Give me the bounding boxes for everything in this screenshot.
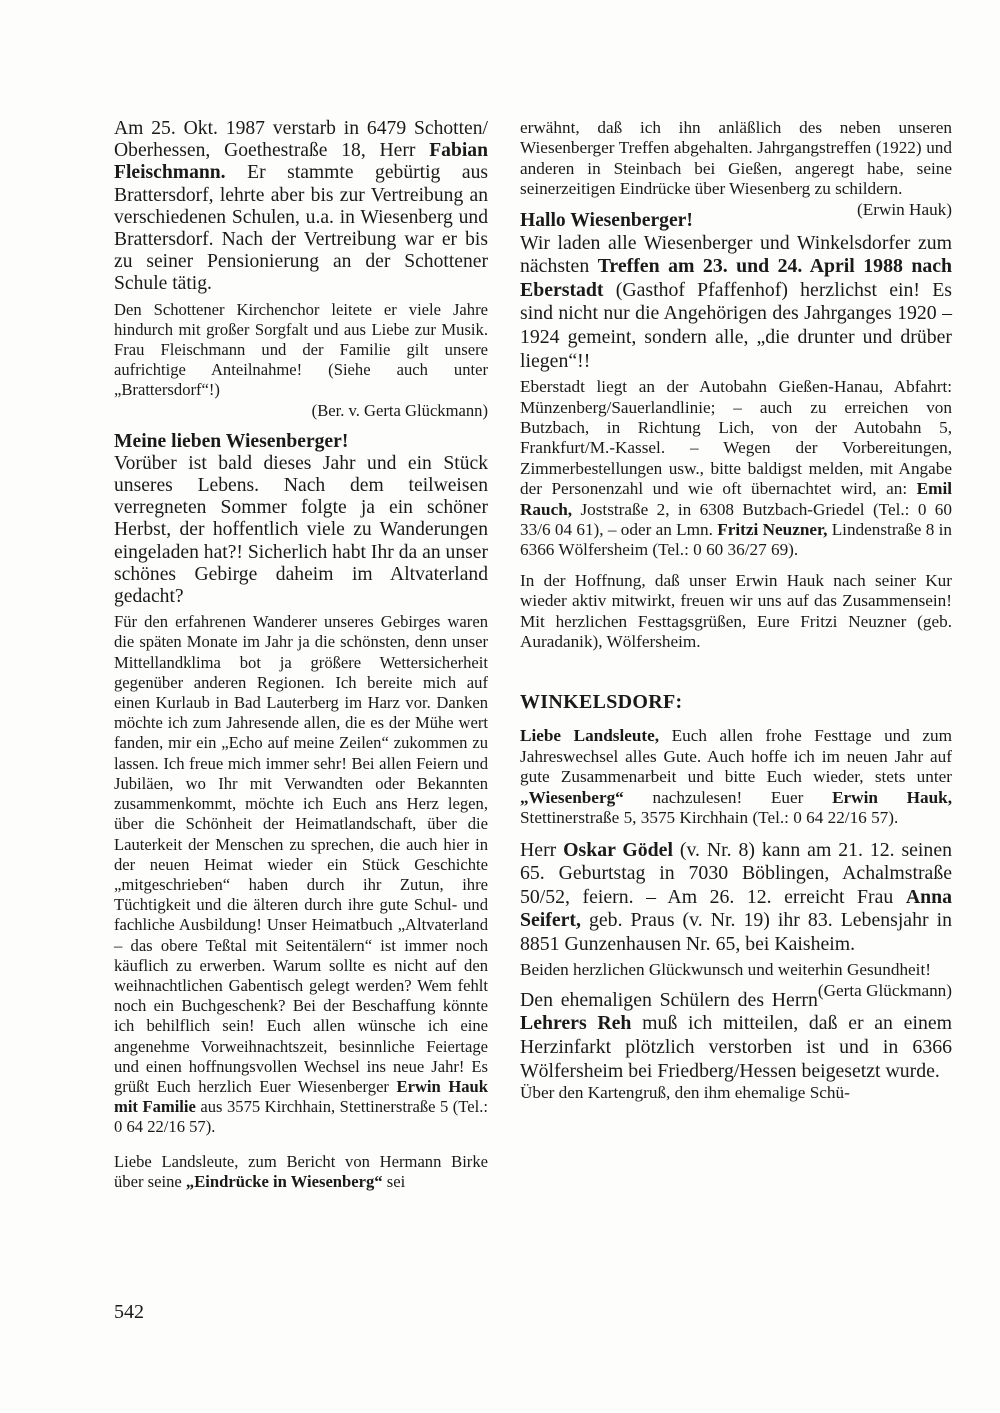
- obituary-fleischmann-signature: (Ber. v. Gerta Glückmann): [114, 401, 488, 421]
- obituary-fleischmann-main: Am 25. Okt. 1987 verstarb in 6479 Schott…: [114, 118, 488, 296]
- invitation-directions: Eberstadt liegt an der Autobahn Gießen-H…: [520, 377, 952, 561]
- text-run: Vorüber ist bald dieses Jahr und ein Stü…: [114, 453, 488, 607]
- letter-body: Für den erfahrenen Wanderer unseres Gebi…: [114, 612, 488, 1137]
- text-run: Über den Kartengruß, den ihm ehemalige S…: [520, 1083, 850, 1102]
- text-run: Eberstadt liegt an der Autobahn Gießen-H…: [520, 377, 952, 498]
- text-run: nachzulesen! Euer: [624, 788, 832, 807]
- wishes-signature: (Gerta Glückmann): [818, 981, 952, 1001]
- bold-text: Erwin Hauk,: [832, 788, 952, 807]
- right-column: erwähnt, daß ich ihn anläßlich des neben…: [520, 118, 952, 1104]
- section-title-winkelsdorf: WINKELSDORF:: [520, 690, 952, 714]
- bold-text: Lehrers Reh: [520, 1012, 631, 1034]
- bold-text: Fritzi Neuzner,: [717, 520, 827, 539]
- report-birke-continued-text: erwähnt, daß ich ihn anläßlich des neben…: [520, 118, 952, 198]
- left-column: Am 25. Okt. 1987 verstarb in 6479 Schott…: [114, 118, 488, 1192]
- winkelsdorf-birthdays: Herr Oskar Gödel (v. Nr. 8) kann am 21. …: [520, 839, 952, 957]
- page-number: 542: [114, 1300, 144, 1324]
- report-birke-signature: (Erwin Hauk): [857, 200, 952, 220]
- bold-text: „Wiesenberg“: [520, 788, 624, 807]
- document-page: Am 25. Okt. 1987 verstarb in 6479 Schott…: [0, 0, 1000, 1413]
- letter-intro: Vorüber ist bald dieses Jahr und ein Stü…: [114, 453, 488, 608]
- text-run: Den ehemaligen Schülern des Herrn: [520, 989, 818, 1011]
- text-run: Stettinerstraße 5, 3575 Kirchhain (Tel.:…: [520, 808, 898, 827]
- obituary-fleischmann-detail: Den Schottener Kirchenchor leitete er vi…: [114, 300, 488, 401]
- letter-heading: Meine lieben Wiesenberger!: [114, 431, 488, 453]
- obituary-reh: Den ehemaligen Schülern des Herrn Lehrer…: [520, 989, 952, 1083]
- bold-text: „Eindrücke in Wiesenberg“: [186, 1172, 383, 1191]
- report-birke-intro: Liebe Landsleute, zum Bericht von Herman…: [114, 1152, 488, 1192]
- text-run: Den Schottener Kirchenchor leitete er vi…: [114, 300, 488, 400]
- wishes-text: Beiden herzlichen Glückwunsch und weiter…: [520, 960, 931, 979]
- card-greeting: Über den Kartengruß, den ihm ehemalige S…: [520, 1083, 952, 1103]
- invitation-closing: In der Hoffnung, daß unser Erwin Hauk na…: [520, 571, 952, 653]
- text-run: Für den erfahrenen Wanderer unseres Gebi…: [114, 612, 488, 1096]
- text-run: geb. Praus (v. Nr. 19) ihr 83. Lebensjah…: [520, 909, 952, 955]
- bold-text: Oskar Gödel: [563, 839, 673, 861]
- text-run: Herr: [520, 839, 563, 861]
- text-run: sei: [383, 1172, 406, 1191]
- winkelsdorf-wishes: Beiden herzlichen Glückwunsch und weiter…: [520, 960, 952, 980]
- winkelsdorf-greeting: Liebe Landsleute, Euch allen frohe Festt…: [520, 726, 952, 828]
- invitation-main: Wir laden alle Wiesenberger und Winkelsd…: [520, 232, 952, 374]
- report-birke-continued: erwähnt, daß ich ihn anläßlich des neben…: [520, 118, 952, 200]
- bold-text: Liebe Landsleute,: [520, 726, 659, 745]
- text-run: erwähnt, daß ich ihn anläßlich des neben…: [520, 118, 952, 198]
- text-run: In der Hoffnung, daß unser Erwin Hauk na…: [520, 571, 952, 651]
